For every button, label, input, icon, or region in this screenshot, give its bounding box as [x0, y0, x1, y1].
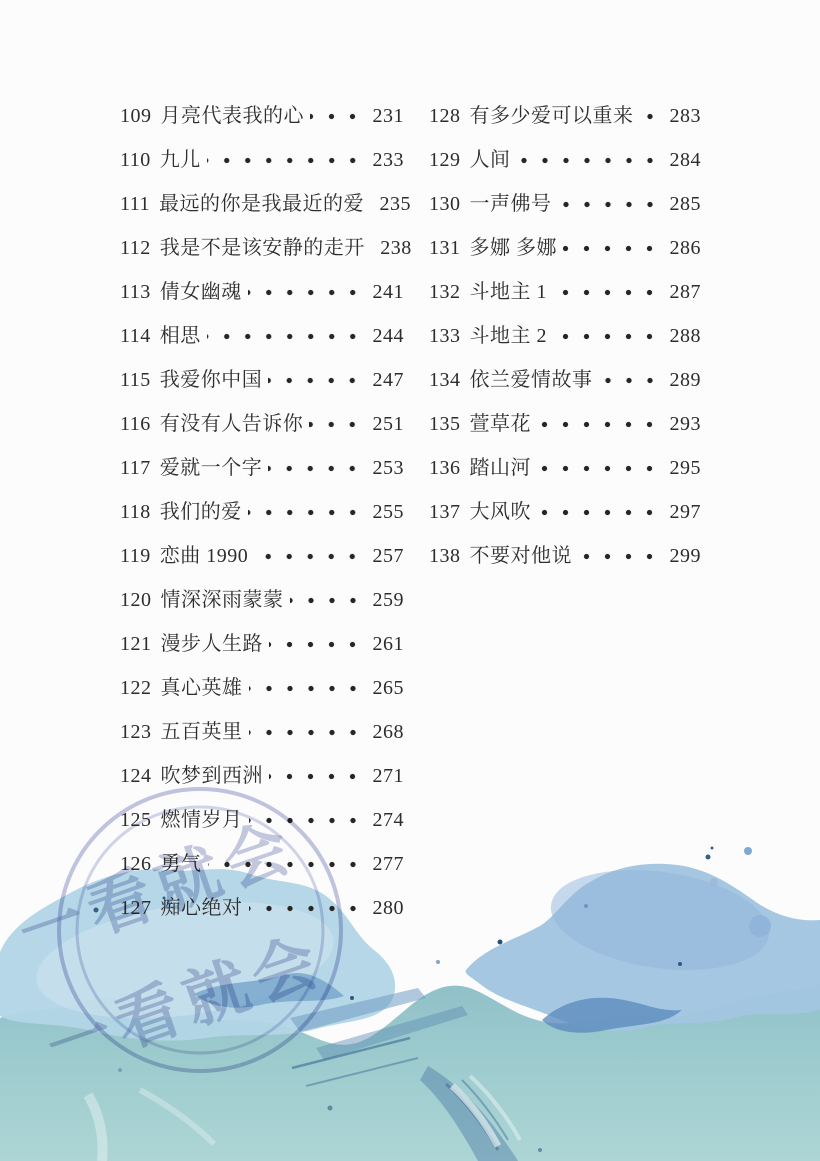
splatter-dot — [744, 847, 752, 855]
toc-entry: 122真心英雄265 — [120, 676, 404, 700]
toc-entry-number: 116 — [120, 412, 151, 436]
toc-entry: 133斗地主 2288 — [429, 324, 701, 348]
toc-entry-title: 情深深雨蒙蒙 — [161, 588, 284, 612]
dot-leader — [290, 588, 364, 612]
toc-entry: 112我是不是该安静的走开238 — [120, 236, 404, 260]
toc-entry-page: 244 — [366, 324, 404, 348]
toc-entry-number: 120 — [120, 588, 152, 612]
splatter-dot — [749, 915, 771, 937]
dot-leader — [269, 632, 363, 656]
toc-entry-title: 我们的爱 — [160, 500, 242, 524]
toc-entry: 110九儿233 — [120, 148, 404, 172]
toc-entry-number: 136 — [429, 456, 461, 480]
toc-entry-title: 多娜 多娜 — [470, 236, 558, 260]
toc-entry-page: 293 — [663, 412, 701, 436]
dot-leader — [269, 764, 363, 788]
toc-entry-page: 233 — [366, 148, 404, 172]
dot-leader — [537, 412, 660, 436]
toc-entry: 119恋曲 1990257 — [120, 544, 404, 568]
toc-entry-page: 255 — [366, 500, 404, 524]
dot-leader — [249, 676, 364, 700]
toc-entry-title: 大风吹 — [470, 500, 532, 524]
toc-entry-number: 115 — [120, 368, 151, 392]
dot-leader — [249, 808, 364, 832]
dot-leader — [268, 456, 363, 480]
dot-leader — [553, 280, 660, 304]
toc-entry-number: 119 — [120, 544, 151, 568]
toc-entry-title: 恋曲 1990 — [160, 544, 249, 568]
toc-entry-number: 127 — [120, 896, 152, 920]
toc-entry: 136踏山河295 — [429, 456, 701, 480]
toc-entry-number: 118 — [120, 500, 151, 524]
toc-entry: 137大风吹297 — [429, 500, 701, 524]
toc-entry-title: 漫步人生路 — [161, 632, 264, 656]
dot-leader — [537, 500, 660, 524]
toc-entry: 129人间284 — [429, 148, 701, 172]
toc-entry-title: 爱就一个字 — [160, 456, 263, 480]
toc-entry-title: 萱草花 — [470, 412, 532, 436]
toc-entry-number: 111 — [120, 192, 150, 216]
toc-entry-title: 五百英里 — [161, 720, 243, 744]
splatter-dot — [118, 1068, 122, 1072]
toc-entry-page: 241 — [366, 280, 404, 304]
dot-leader — [208, 852, 364, 876]
toc-entry: 120情深深雨蒙蒙259 — [120, 588, 404, 612]
toc-entry: 116有没有人告诉你251 — [120, 412, 404, 436]
toc-entry-number: 129 — [429, 148, 461, 172]
toc-entry-title: 最远的你是我最近的爱 — [159, 192, 364, 216]
toc-entry-page: 231 — [366, 104, 404, 128]
dot-leader — [310, 104, 363, 128]
dot-leader — [517, 148, 661, 172]
toc-entry-page: 277 — [366, 852, 404, 876]
toc-entry-number: 122 — [120, 676, 152, 700]
toc-entry: 132斗地主 1287 — [429, 280, 701, 304]
toc-entry-number: 137 — [429, 500, 461, 524]
toc-entry-page: 251 — [366, 412, 404, 436]
dot-leader — [599, 368, 661, 392]
toc-entry-page: 247 — [366, 368, 404, 392]
toc-entry-title: 我是不是该安静的走开 — [160, 236, 365, 260]
page: { "page": { "background": "#fcfcfd", "te… — [0, 0, 820, 1161]
dot-leader — [640, 104, 661, 128]
splatter-dot — [498, 940, 503, 945]
toc-entry: 135萱草花293 — [429, 412, 701, 436]
toc-entry-number: 132 — [429, 280, 461, 304]
toc-entry-number: 134 — [429, 368, 461, 392]
splatter-dot — [710, 878, 718, 886]
toc-entry-page: 283 — [663, 104, 701, 128]
splatter-dot — [706, 855, 711, 860]
toc-entry-title: 吹梦到西洲 — [161, 764, 264, 788]
dot-leader — [207, 148, 363, 172]
toc-entry: 124吹梦到西洲271 — [120, 764, 404, 788]
toc-entry-page: 286 — [663, 236, 701, 260]
dot-leader — [207, 324, 363, 348]
dot-leader — [248, 280, 363, 304]
toc-column-right: 128有多少爱可以重来283 129人间284 130一声佛号285 131多娜… — [429, 104, 701, 588]
toc-column-left: 109月亮代表我的心231 110九儿233 111最远的你是我最近的爱235 … — [120, 104, 404, 940]
toc-entry-page: 238 — [374, 236, 412, 260]
splatter-dot — [711, 847, 714, 850]
toc-entry-title: 斗地主 1 — [470, 280, 548, 304]
toc-entry-number: 114 — [120, 324, 151, 348]
toc-entry-title: 我爱你中国 — [160, 368, 263, 392]
toc-entry-number: 133 — [429, 324, 461, 348]
toc-entry-title: 一声佛号 — [470, 192, 552, 216]
dot-leader — [578, 544, 660, 568]
toc-entry-page: 271 — [366, 764, 404, 788]
toc-entry-title: 斗地主 2 — [470, 324, 548, 348]
toc-entry-number: 130 — [429, 192, 461, 216]
toc-entry-title: 依兰爱情故事 — [470, 368, 593, 392]
toc-entry-page: 257 — [366, 544, 404, 568]
toc-entry: 130一声佛号285 — [429, 192, 701, 216]
toc-entry-number: 135 — [429, 412, 461, 436]
toc-entry: 121漫步人生路261 — [120, 632, 404, 656]
toc-entry-page: 289 — [663, 368, 701, 392]
toc-entry-page: 299 — [663, 544, 701, 568]
toc-entry-page: 265 — [366, 676, 404, 700]
toc-entry: 118我们的爱255 — [120, 500, 404, 524]
splatter-dot — [678, 962, 682, 966]
toc-entry: 126勇气277 — [120, 852, 404, 876]
toc-entry-number: 138 — [429, 544, 461, 568]
toc-entry-number: 123 — [120, 720, 152, 744]
toc-entry: 111最远的你是我最近的爱235 — [120, 192, 404, 216]
dot-leader — [249, 896, 364, 920]
toc-entry: 123五百英里268 — [120, 720, 404, 744]
toc-entry-number: 125 — [120, 808, 152, 832]
toc-entry-title: 人间 — [470, 148, 511, 172]
toc-entry-title: 月亮代表我的心 — [161, 104, 305, 128]
toc-entry-page: 297 — [663, 500, 701, 524]
toc-entry-title: 燃情岁月 — [161, 808, 243, 832]
toc-entry-title: 踏山河 — [470, 456, 532, 480]
toc-entry-page: 261 — [366, 632, 404, 656]
splatter-dot — [350, 996, 354, 1000]
toc-entry-number: 117 — [120, 456, 151, 480]
toc-entry: 131多娜 多娜286 — [429, 236, 701, 260]
toc-entry: 127痴心绝对280 — [120, 896, 404, 920]
toc-entry-title: 有没有人告诉你 — [160, 412, 304, 436]
dot-leader — [553, 324, 660, 348]
dot-leader — [537, 456, 660, 480]
toc-entry: 114相思244 — [120, 324, 404, 348]
toc-entry-number: 124 — [120, 764, 152, 788]
toc-entry-page: 274 — [366, 808, 404, 832]
toc-entry-title: 有多少爱可以重来 — [470, 104, 634, 128]
toc-entry-title: 倩女幽魂 — [160, 280, 242, 304]
dot-leader — [268, 368, 363, 392]
toc-entry-number: 126 — [120, 852, 152, 876]
toc-entry-page: 295 — [663, 456, 701, 480]
dot-leader — [254, 544, 363, 568]
toc-entry-page: 285 — [663, 192, 701, 216]
dot-leader — [249, 720, 364, 744]
toc-entry-page: 253 — [366, 456, 404, 480]
splatter-dot — [538, 1148, 542, 1152]
toc-entry-page: 268 — [366, 720, 404, 744]
toc-entry-number: 113 — [120, 280, 151, 304]
toc-entry: 115我爱你中国247 — [120, 368, 404, 392]
toc-entry-number: 110 — [120, 148, 151, 172]
toc-entry: 128有多少爱可以重来283 — [429, 104, 701, 128]
toc-entry-title: 九儿 — [160, 148, 201, 172]
dot-leader — [248, 500, 363, 524]
dot-leader — [558, 192, 661, 216]
dot-leader — [563, 236, 660, 260]
splatter-dot — [584, 904, 588, 908]
dot-leader — [309, 412, 363, 436]
toc-entry-number: 109 — [120, 104, 152, 128]
toc-entry-page: 280 — [366, 896, 404, 920]
toc-entry: 138不要对他说299 — [429, 544, 701, 568]
toc-entry: 125燃情岁月274 — [120, 808, 404, 832]
toc-entry-title: 痴心绝对 — [161, 896, 243, 920]
toc-entry: 117爱就一个字253 — [120, 456, 404, 480]
toc-entry-page: 284 — [663, 148, 701, 172]
splatter-dot — [328, 1106, 333, 1111]
toc-entry-title: 真心英雄 — [161, 676, 243, 700]
toc-entry-number: 121 — [120, 632, 152, 656]
toc-entry-title: 不要对他说 — [470, 544, 573, 568]
toc-entry-title: 相思 — [160, 324, 201, 348]
toc-entry-title: 勇气 — [161, 852, 202, 876]
toc-entry-number: 131 — [429, 236, 461, 260]
splatter-dot — [436, 960, 440, 964]
toc-entry-page: 288 — [663, 324, 701, 348]
toc-entry-page: 259 — [366, 588, 404, 612]
toc-entry-number: 112 — [120, 236, 151, 260]
toc-entry: 134依兰爱情故事289 — [429, 368, 701, 392]
toc-entry: 113倩女幽魂241 — [120, 280, 404, 304]
toc-entry-page: 287 — [663, 280, 701, 304]
splatter-dot — [94, 908, 99, 913]
toc-entry-number: 128 — [429, 104, 461, 128]
toc-entry: 109月亮代表我的心231 — [120, 104, 404, 128]
toc-entry-page: 235 — [373, 192, 411, 216]
